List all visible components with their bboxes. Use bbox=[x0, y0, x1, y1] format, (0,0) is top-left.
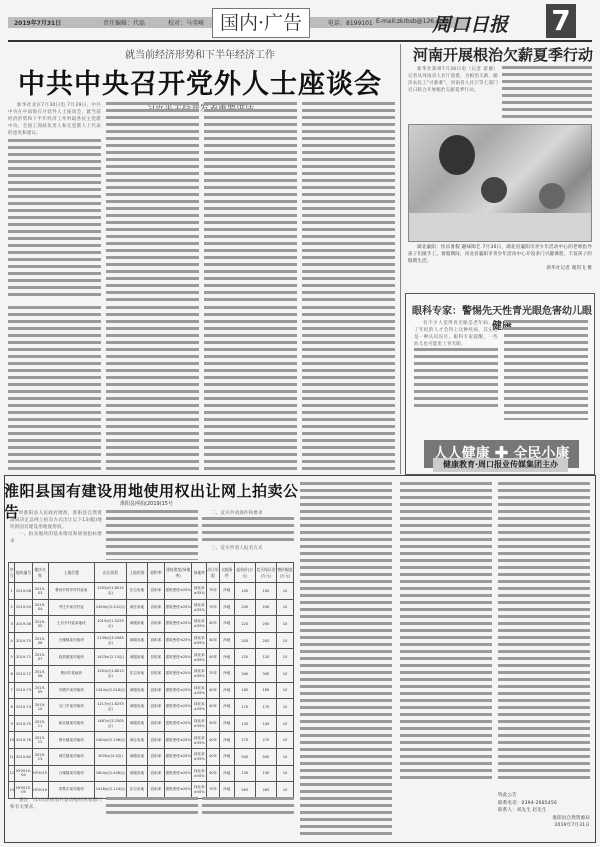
col-use: 土地用途 bbox=[126, 563, 147, 583]
table-cell: 建筑密度≤25% bbox=[164, 715, 192, 732]
table-cell: 2019-13 bbox=[32, 748, 48, 765]
auction-section-3: 三、竞买申请人报名方式 bbox=[202, 545, 294, 552]
table-cell: 1201㎡(1.8015亩) bbox=[95, 665, 127, 682]
table-cell: 净地 bbox=[219, 732, 234, 749]
table-cell: 2019-08 bbox=[32, 665, 48, 682]
table-cell: 100 bbox=[255, 583, 276, 600]
table-row: 12HY2019-04HY2019白楼镇某村地块1604㎡(2.406亩)商服用… bbox=[9, 765, 294, 782]
henan-body: 新华社郑州7月30日电（记者 翟濯）记者从河南省人社厅获悉，为根治欠薪，解决农民… bbox=[408, 66, 498, 94]
table-row: 62019-722019-08曹河乡某地块1201㎡(1.8015亩)住宅用地容… bbox=[9, 665, 294, 682]
table-row: 112019-802019-13城关镇某村地块3000㎡(4.5亩)商服用地容积… bbox=[9, 748, 294, 765]
table-cell: 绿化率≥35% bbox=[192, 583, 207, 600]
henan-column-1: 新华社郑州7月30日电（记者 翟濯）记者从河南省人社厅获悉，为根治欠薪，解决农民… bbox=[408, 66, 498, 120]
child-figure bbox=[481, 177, 507, 203]
table-cell: 商住用地 bbox=[126, 599, 147, 616]
table-cell: 145 bbox=[234, 715, 255, 732]
table-row: 72019-732019-09冯塘乡某村地块1344㎡(2.016亩)商服用地容… bbox=[9, 682, 294, 699]
table-row: 32019-062019-05王店乡村委某地块1015㎡(1.5225亩)商服用… bbox=[9, 616, 294, 633]
col-term: 出让年限 bbox=[207, 563, 220, 583]
table-cell: 容积率 bbox=[147, 715, 164, 732]
table-cell: 1201㎡(1.8015亩) bbox=[95, 583, 127, 600]
table-cell: 2019-06 bbox=[32, 632, 48, 649]
auction-note: 备注：(1)具体规划开发请按照规划部门和有关要求。 bbox=[10, 797, 102, 833]
table-cell: 10 bbox=[276, 583, 293, 600]
table-cell: 205 bbox=[234, 632, 255, 649]
table-cell: HY2019 bbox=[32, 765, 48, 782]
auction-col-6 bbox=[498, 482, 590, 782]
lead-column-8 bbox=[302, 306, 395, 472]
table-cell: 豆门乡某村地块 bbox=[48, 699, 95, 716]
table-cell: 40年 bbox=[207, 765, 220, 782]
table-cell: 2019-11 bbox=[32, 715, 48, 732]
table-cell: 70年 bbox=[207, 599, 220, 616]
table-cell: 绿化率≥35% bbox=[192, 616, 207, 633]
lead-column-5 bbox=[8, 306, 101, 472]
henan-column-2 bbox=[502, 66, 592, 120]
eye-health-box: 眼科专家：警惕先天性青光眼危害幼儿眼健康 有不少人觉得青光眼是老年病，上了年纪的… bbox=[405, 293, 595, 475]
teacher-figure bbox=[439, 135, 475, 175]
table-cell: 185 bbox=[234, 682, 255, 699]
table-cell: 185 bbox=[255, 682, 276, 699]
table-cell: 10 bbox=[276, 616, 293, 633]
table-cell: 绿化率≥35% bbox=[192, 782, 207, 799]
lead-headline: 中共中央召开党外人士座谈会 bbox=[0, 62, 400, 101]
table-cell: 净地 bbox=[219, 682, 234, 699]
table-row: 12019-082019-03曹河乡将军村村委南1201㎡(1.8015亩)住宅… bbox=[9, 583, 294, 600]
table-cell: 建筑密度≤25% bbox=[164, 632, 192, 649]
table-cell: 净地 bbox=[219, 649, 234, 666]
table-cell: 2019-74 bbox=[15, 699, 32, 716]
table-cell: 2019-71 bbox=[15, 649, 32, 666]
lead-kicker: 就当前经济形势和下半年经济工作 bbox=[0, 46, 400, 61]
photo-credit: 新华社记者 谢剑飞 摄 bbox=[408, 265, 592, 272]
eye-column-1: 有不少人觉得青光眼是老年病，上了年纪的人才会得上这种疾病，其实这是一种认识误区。… bbox=[414, 320, 498, 420]
table-cell: 265 bbox=[255, 782, 276, 799]
table-cell: 40年 bbox=[207, 732, 220, 749]
table-cell: 容积率 bbox=[147, 665, 164, 682]
issue-date: 2019年7月31日 bbox=[14, 18, 61, 27]
table-cell: 340 bbox=[234, 665, 255, 682]
table-cell: 2019-04 bbox=[32, 599, 48, 616]
table-cell: 住宅用地 bbox=[126, 583, 147, 600]
table-cell: 2019-06 bbox=[15, 616, 32, 633]
table-cell: 130 bbox=[255, 765, 276, 782]
table-cell: 净地 bbox=[219, 665, 234, 682]
table-cell: 净地 bbox=[219, 699, 234, 716]
table-row: 102019-762019-12鲁台镇某村地块1464㎡(2.196亩)商住用地… bbox=[9, 732, 294, 749]
lead-column-2 bbox=[106, 102, 199, 302]
table-cell: 郑集乡某村地块 bbox=[48, 782, 95, 799]
table-cell: 2019-12 bbox=[32, 732, 48, 749]
table-cell: 240 bbox=[234, 599, 255, 616]
table-cell: 容积率 bbox=[147, 599, 164, 616]
table-cell: 1423㎡(2.13亩) bbox=[95, 649, 127, 666]
news-photo bbox=[408, 124, 592, 242]
page-masthead: 2019年7月31日 责任编辑：代磊 校对：马莹峰 电话：8199101 E-m… bbox=[0, 0, 600, 42]
table-cell: 120 bbox=[234, 649, 255, 666]
table-cell: 2019-05 bbox=[32, 616, 48, 633]
table-cell: 容积率 bbox=[147, 765, 164, 782]
table-cell: 建筑密度≤25% bbox=[164, 765, 192, 782]
table-cell: 净地 bbox=[219, 748, 234, 765]
photo-caption: 湖北襄阳：快乐暑假 趣味陶艺 7月30日，湖北省襄阳市青少年活动中心的老师指导孩… bbox=[408, 244, 592, 280]
table-cell: 建筑密度≤25% bbox=[164, 665, 192, 682]
table-cell: 白楼镇某村地块 bbox=[48, 765, 95, 782]
table-cell: 2019-80 bbox=[15, 748, 32, 765]
table-cell: 绿化率≥35% bbox=[192, 765, 207, 782]
table-cell: 2019-03 bbox=[32, 583, 48, 600]
table-cell: 净地 bbox=[219, 632, 234, 649]
health-sponsor: 健康教育·周口报业传媒集团主办 bbox=[433, 458, 568, 472]
table-cell: 500 bbox=[234, 748, 255, 765]
section-label: 国内·广告 bbox=[212, 8, 310, 38]
auction-col-2 bbox=[106, 510, 198, 560]
table-cell: 10 bbox=[276, 782, 293, 799]
table-cell: 净地 bbox=[219, 715, 234, 732]
table-cell: 10 bbox=[276, 599, 293, 616]
table-cell: 商服用地 bbox=[126, 715, 147, 732]
table-cell: 220 bbox=[234, 616, 255, 633]
auction-intro: 经淮阳县人民政府批准，淮阳县自然资源局决定以网上拍卖方式出让以下13(幅)地块的… bbox=[10, 510, 102, 531]
table-row: 92019-752019-11新站镇某村地块1487㎡(2.2305亩)商服用地… bbox=[9, 715, 294, 732]
table-cell: 建筑密度≤25% bbox=[164, 583, 192, 600]
table-cell: 商服用地 bbox=[126, 699, 147, 716]
table-cell: 170 bbox=[234, 699, 255, 716]
contact-person: 联系人：刘先生 赵先生 bbox=[498, 807, 590, 815]
lead-column-3 bbox=[204, 102, 297, 302]
table-cell: 建筑密度≤25% bbox=[164, 748, 192, 765]
table-cell: 2019-72 bbox=[15, 665, 32, 682]
table-cell: 2019-70 bbox=[15, 632, 32, 649]
auction-col-5 bbox=[400, 482, 492, 782]
table-cell: 40年 bbox=[207, 715, 220, 732]
contact-org: 淮阳县自然资源局 bbox=[498, 815, 590, 823]
table-cell: 70年 bbox=[207, 583, 220, 600]
table-cell: 1015㎡(1.5225亩) bbox=[95, 616, 127, 633]
auction-section-1: 一、拍卖地块的基本情况和规划指标要求 bbox=[10, 531, 102, 545]
table-cell: 容积率 bbox=[147, 732, 164, 749]
table-cell: 容积率 bbox=[147, 782, 164, 799]
table-cell: 40年 bbox=[207, 682, 220, 699]
table-cell: 净地 bbox=[219, 616, 234, 633]
lead-column-6 bbox=[106, 306, 199, 472]
table-cell: 340 bbox=[255, 665, 276, 682]
table-cell: 王店乡村委某地块 bbox=[48, 616, 95, 633]
table-row: 82019-742019-10豆门乡某村地块1217㎡(1.8255亩)商服用地… bbox=[9, 699, 294, 716]
table-cell: 500 bbox=[255, 748, 276, 765]
col-increment: 增价幅度(万元) bbox=[276, 563, 293, 583]
table-cell: 绿化率≥35% bbox=[192, 649, 207, 666]
table-cell: 绿化率≥35% bbox=[192, 599, 207, 616]
table-cell: 商服用地 bbox=[126, 649, 147, 666]
auction-doc-number: 淮阳县网拍(2019)15号 bbox=[120, 500, 173, 507]
table-cell: 容积率 bbox=[147, 649, 164, 666]
table-cell: 100 bbox=[234, 583, 255, 600]
lead-column-7 bbox=[204, 306, 297, 472]
table-cell: 2019-73 bbox=[15, 682, 32, 699]
table-cell: 曹河乡将军村村委南 bbox=[48, 583, 95, 600]
paper-logo: 周口日报 bbox=[432, 10, 508, 37]
table-cell: 容积率 bbox=[147, 699, 164, 716]
auction-col-3: 二、竞买申请条件和要求 三、竞买申请人报名方式 bbox=[202, 510, 294, 560]
contact-date: 2019年7月31日 bbox=[498, 822, 590, 830]
table-cell: 商住用地 bbox=[126, 732, 147, 749]
table-cell: 1416㎡(2.124亩) bbox=[95, 782, 127, 799]
table-cell: 1217㎡(1.8255亩) bbox=[95, 699, 127, 716]
table-cell: 曹河乡某地块 bbox=[48, 665, 95, 682]
table-cell: 商服用地 bbox=[126, 632, 147, 649]
contact-label: 特此公告 bbox=[498, 792, 590, 800]
col-area: 出让面积 bbox=[95, 563, 127, 583]
lead-column-4 bbox=[302, 102, 395, 302]
lead-story-header: 就当前经济形势和下半年经济工作 中共中央召开党外人士座谈会 习近平主持并发表重要… bbox=[0, 42, 400, 102]
table-cell: 新站镇某村地块 bbox=[48, 715, 95, 732]
table-cell: HY2019 bbox=[32, 782, 48, 799]
table-cell: 容积率 bbox=[147, 632, 164, 649]
table-cell: 130 bbox=[234, 765, 255, 782]
table-cell: 绿化率≥35% bbox=[192, 682, 207, 699]
table-cell: 2019-09 bbox=[32, 682, 48, 699]
table-cell: 10 bbox=[276, 665, 293, 682]
table-cell: 170 bbox=[255, 699, 276, 716]
proof-credit: 校对：马莹峰 bbox=[168, 18, 204, 27]
table-cell: 鲁台镇某村地块 bbox=[48, 732, 95, 749]
child-figure bbox=[539, 183, 565, 209]
table-cell: 绿化率≥35% bbox=[192, 632, 207, 649]
editor-credit: 责任编辑：代磊 bbox=[103, 18, 145, 27]
table-cell: 住宅用地 bbox=[126, 665, 147, 682]
table-cell: 商服用地 bbox=[126, 765, 147, 782]
table-cell: 商服用地 bbox=[126, 748, 147, 765]
table-cell: 住宅用地 bbox=[126, 782, 147, 799]
table-cell: 1487㎡(2.2305亩) bbox=[95, 715, 127, 732]
table-cell: 10 bbox=[276, 748, 293, 765]
col-deposit: 竞买保证金(万元) bbox=[255, 563, 276, 583]
auction-note-col-3 bbox=[202, 797, 294, 817]
column-divider bbox=[400, 44, 401, 474]
table-cell: 40年 bbox=[207, 699, 220, 716]
henan-headline: 河南开展根治欠薪夏季行动 bbox=[408, 44, 598, 65]
table-cell: 2019-08 bbox=[15, 583, 32, 600]
table-cell: 70年 bbox=[207, 782, 220, 799]
table-cell: 齐庄乡某村村委 bbox=[48, 599, 95, 616]
table-cell: 绿化率≥35% bbox=[192, 732, 207, 749]
lead-column-1: 新华社北京7月30日电 7月29日，中共中央在中南海召开党外人士座谈会，就当前经… bbox=[8, 102, 101, 302]
table-cell: 净地 bbox=[219, 782, 234, 799]
table-cell: 70年 bbox=[207, 665, 220, 682]
table-cell: 净地 bbox=[219, 583, 234, 600]
text-lines bbox=[8, 139, 101, 299]
table-cell: 10 bbox=[276, 699, 293, 716]
table-cell: 绿化率≥35% bbox=[192, 715, 207, 732]
eye-column-2 bbox=[504, 320, 588, 420]
table-cell: 建筑密度≤25% bbox=[164, 699, 192, 716]
table-cell: HY2019-04 bbox=[15, 765, 32, 782]
table-cell: 120 bbox=[255, 649, 276, 666]
table-cell: 2019-76 bbox=[15, 732, 32, 749]
table-cell: 建筑密度≤25% bbox=[164, 599, 192, 616]
col-far: 容积率 bbox=[147, 563, 164, 583]
auction-section-2: 二、竞买申请条件和要求 bbox=[202, 510, 294, 517]
table-cell: 2019-10 bbox=[32, 699, 48, 716]
table-cell: 10 bbox=[276, 715, 293, 732]
land-parcel-table: 序号 地块编号 地块名称 土地位置 出让面积 土地用途 容积率 建筑密度(绿地率… bbox=[8, 562, 294, 799]
table-cell: 40年 bbox=[207, 649, 220, 666]
table-cell: 容积率 bbox=[147, 748, 164, 765]
eye-body: 有不少人觉得青光眼是老年病，上了年纪的人才会得上这种疾病，其实这是一种认识误区。… bbox=[414, 320, 498, 348]
col-parcel-id: 地块编号 bbox=[15, 563, 32, 583]
col-condition: 交地条件 bbox=[219, 563, 234, 583]
table-cell: 10 bbox=[276, 649, 293, 666]
table-cell: 商服用地 bbox=[126, 682, 147, 699]
table-cell: 城关镇某村地块 bbox=[48, 748, 95, 765]
table-cell: 265 bbox=[234, 782, 255, 799]
table-header-row: 序号 地块编号 地块名称 土地位置 出让面积 土地用途 容积率 建筑密度(绿地率… bbox=[9, 563, 294, 583]
table-cell: 建筑密度≤25% bbox=[164, 732, 192, 749]
auction-note-text: 备注：(1)具体规划开发请按照规划部门和有关要求。 bbox=[10, 797, 102, 811]
table-cell: 净地 bbox=[219, 765, 234, 782]
col-density: 建筑密度(绿地率) bbox=[164, 563, 192, 583]
table-cell: 绿化率≥35% bbox=[192, 748, 207, 765]
table-row: 22019-042019-04齐庄乡某村村委1494㎡(2.241亩)商住用地容… bbox=[9, 599, 294, 616]
table-cell: 40年 bbox=[207, 616, 220, 633]
table-cell: 10 bbox=[276, 632, 293, 649]
table-cell: 1494㎡(2.241亩) bbox=[95, 599, 127, 616]
page-number: 7 bbox=[546, 4, 576, 38]
table-cell: 1464㎡(2.196亩) bbox=[95, 732, 127, 749]
table-cell: 240 bbox=[255, 599, 276, 616]
table-cell: 2019-04 bbox=[15, 599, 32, 616]
table-cell: 10 bbox=[276, 732, 293, 749]
table-cell: 10 bbox=[276, 682, 293, 699]
table-cell: 3000㎡(4.5亩) bbox=[95, 748, 127, 765]
table-cell: 白楼镇某村地块 bbox=[48, 632, 95, 649]
col-green: 绿地率 bbox=[192, 563, 207, 583]
table-cell: 容积率 bbox=[147, 616, 164, 633]
text-lines bbox=[414, 348, 498, 408]
table-cell: 205 bbox=[255, 632, 276, 649]
table-cell: 绿化率≥35% bbox=[192, 665, 207, 682]
table-cell: 临蔡镇某村地块 bbox=[48, 649, 95, 666]
table-cell: 270 bbox=[234, 732, 255, 749]
table-cell: 建筑密度≤25% bbox=[164, 782, 192, 799]
table-cell: 容积率 bbox=[147, 583, 164, 600]
phone: 电话：8199101 bbox=[328, 18, 373, 27]
lead-dateline: 新华社北京7月30日电 7月29日，中共中央在中南海召开党外人士座谈会，就当前经… bbox=[8, 102, 101, 137]
table-cell: 40年 bbox=[207, 632, 220, 649]
col-start-price: 起始价(万元) bbox=[234, 563, 255, 583]
table-cell: 净地 bbox=[219, 599, 234, 616]
table-cell: 容积率 bbox=[147, 682, 164, 699]
table-cell: 1604㎡(2.406亩) bbox=[95, 765, 127, 782]
table-row: 52019-712019-07临蔡镇某村地块1423㎡(2.13亩)商服用地容积… bbox=[9, 649, 294, 666]
col-location: 土地位置 bbox=[48, 563, 95, 583]
contact-phone: 联系电话：0394-2685456 bbox=[498, 800, 590, 808]
table-surface bbox=[409, 213, 591, 241]
table-cell: 2019-07 bbox=[32, 649, 48, 666]
table-cell: HY2019-05 bbox=[15, 782, 32, 799]
table-cell: 冯塘乡某村地块 bbox=[48, 682, 95, 699]
table-cell: 40年 bbox=[207, 748, 220, 765]
table-cell: 商服用地 bbox=[126, 616, 147, 633]
table-cell: 建筑密度≤25% bbox=[164, 616, 192, 633]
table-row: 42019-702019-06白楼镇某村地块2139㎡(3.2085亩)商服用地… bbox=[9, 632, 294, 649]
table-cell: 2019-75 bbox=[15, 715, 32, 732]
auction-col-4 bbox=[300, 482, 392, 837]
auction-note-col-2 bbox=[106, 797, 198, 817]
text-lines bbox=[202, 517, 294, 545]
contact-block: 特此公告 联系电话：0394-2685456 联系人：刘先生 赵先生 淮阳县自然… bbox=[498, 792, 590, 840]
table-cell: 145 bbox=[255, 715, 276, 732]
table-cell: 绿化率≥35% bbox=[192, 699, 207, 716]
table-body: 12019-082019-03曹河乡将军村村委南1201㎡(1.8015亩)住宅… bbox=[9, 583, 294, 799]
table-cell: 建筑密度≤25% bbox=[164, 682, 192, 699]
table-cell: 270 bbox=[255, 732, 276, 749]
col-parcel-name: 地块名称 bbox=[32, 563, 48, 583]
table-cell: 建筑密度≤25% bbox=[164, 649, 192, 666]
auction-intro-col: 经淮阳县人民政府批准，淮阳县自然资源局决定以网上拍卖方式出让以下13(幅)地块的… bbox=[10, 510, 102, 560]
table-row: 13HY2019-05HY2019郑集乡某村地块1416㎡(2.124亩)住宅用… bbox=[9, 782, 294, 799]
table-cell: 2139㎡(3.2085亩) bbox=[95, 632, 127, 649]
table-cell: 10 bbox=[276, 765, 293, 782]
table-cell: 1344㎡(2.016亩) bbox=[95, 682, 127, 699]
table-cell: 200 bbox=[255, 616, 276, 633]
